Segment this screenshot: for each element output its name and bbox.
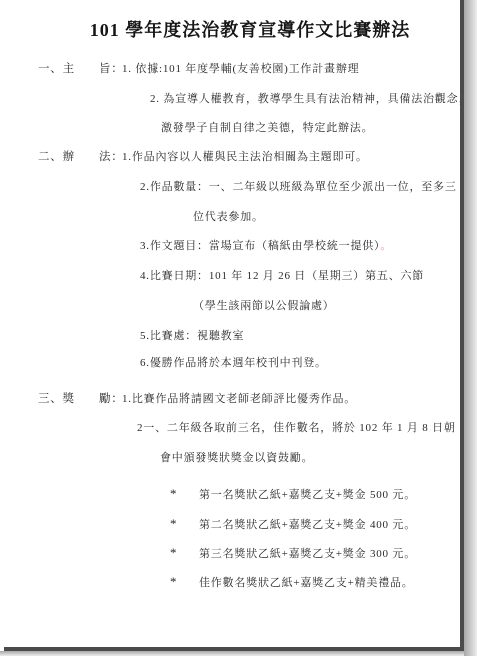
document-page: 101 學年度法治教育宣導作文比賽辦法 一、主 旨： 1. 依據:101 年度學… <box>0 0 477 656</box>
page-shadow-right <box>460 0 464 651</box>
prize-1-text: 第一名獎狀乙紙+嘉獎乙支+獎金 500 元。 <box>199 489 416 501</box>
pink-period: 。 <box>380 240 392 252</box>
page-edge-right <box>464 0 477 656</box>
section2-line7: 5.比賽處：視聽教室 <box>140 329 244 344</box>
prize-2-text: 第二名獎狀乙紙+嘉獎乙支+獎金 400 元。 <box>199 519 416 531</box>
section3-line3: 會中頒發獎狀獎金以資鼓勵。 <box>160 451 313 466</box>
section2-line4: 3.作文題目：當場宣布（稿紙由學校統一提供）。 <box>140 239 392 254</box>
section2-line5: 4.比賽日期：101 年 12 月 26 日（星期三）第五、六節 <box>140 269 424 284</box>
section3-label-word: 勵： <box>99 392 124 407</box>
prize-line-3: *第三名獎狀乙紙+嘉獎乙支+獎金 300 元。 <box>170 545 416 562</box>
section1-label-word: 旨： <box>99 62 124 77</box>
section1-label-head: 一、主 <box>38 62 75 77</box>
asterisk-bullet: * <box>170 486 199 501</box>
prize-line-4: *佳作數名獎狀乙紙+嘉獎乙支+精美禮品。 <box>170 574 414 591</box>
section2-line8: 6.優勝作品將於本週年校刊中刊登。 <box>140 356 327 371</box>
asterisk-bullet: * <box>170 516 199 531</box>
asterisk-bullet: * <box>170 545 199 560</box>
prize-4-text: 佳作數名獎狀乙紙+嘉獎乙支+精美禮品。 <box>199 577 414 589</box>
section3-line1: 1.比賽作品將請國文老師老師評比優秀作品。 <box>122 392 356 407</box>
document-title: 101 學年度法治教育宣導作文比賽辦法 <box>40 16 460 42</box>
section2-line1: 1.作品內容以人權與民主法治相關為主題即可。 <box>122 150 368 165</box>
section1-line3: 激發學子自制自律之美德，特定此辦法。 <box>161 121 373 136</box>
prize-line-2: *第二名獎狀乙紙+嘉獎乙支+獎金 400 元。 <box>170 516 416 533</box>
section2-line6: （學生該兩節以公假論處） <box>193 299 335 314</box>
page-shadow-bottom <box>4 647 464 651</box>
section3-label-head: 三、獎 <box>38 392 75 407</box>
page-edge-bottom <box>0 651 464 656</box>
section1-line2-text: 2. 為宣導人權教育，教導學生具有法治精神，具備法治觀念 <box>150 93 458 105</box>
section2-line4-text: 3.作文題目：當場宣布（稿紙由學校統一提供） <box>140 240 380 252</box>
asterisk-bullet: * <box>170 574 199 589</box>
section1-line1: 1. 依據:101 年度學輔(友善校園)工作計畫辦理 <box>122 62 359 77</box>
prize-line-1: *第一名獎狀乙紙+嘉獎乙支+獎金 500 元。 <box>170 486 416 503</box>
section2-label-word: 法： <box>99 150 124 165</box>
section3-line2: 2一、二年級各取前三名，佳作數名，將於 102 年 1 月 8 日朝 <box>137 421 456 436</box>
prize-3-text: 第三名獎狀乙紙+嘉獎乙支+獎金 300 元。 <box>199 548 416 560</box>
section1-line2: 2. 為宣導人權教育，教導學生具有法治精神，具備法治觀念， <box>150 92 470 107</box>
section2-line3: 位代表參加。 <box>193 210 264 225</box>
section2-line2: 2.作品數量：一、二年級以班級為單位至少派出一位，至多三 <box>140 180 457 195</box>
section2-label-head: 二、辦 <box>38 150 75 165</box>
